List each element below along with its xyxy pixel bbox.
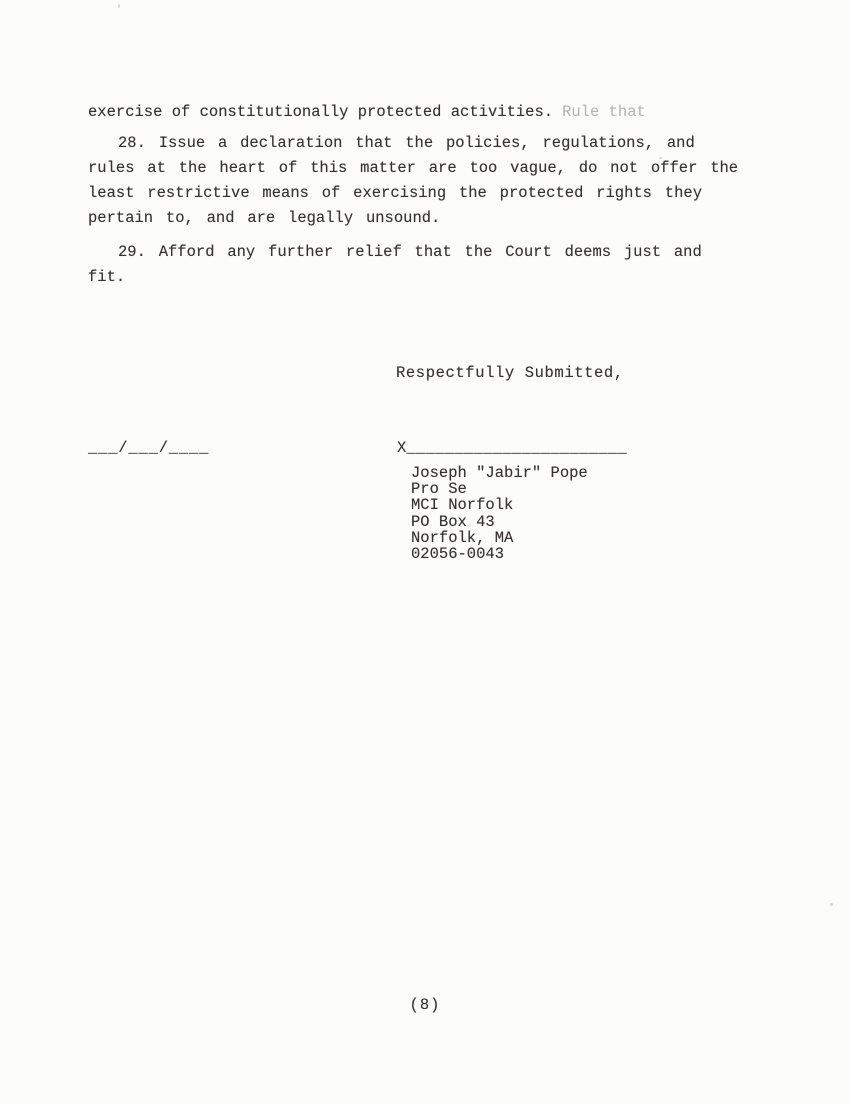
paragraph-29-line-2: fit. xyxy=(88,265,768,290)
signer-zip: 02056-0043 xyxy=(411,546,588,562)
document-page: exercise of constitutionally protected a… xyxy=(0,0,850,1104)
paragraph-28-line-2: rules at the heart of this matter are to… xyxy=(88,156,768,181)
signer-institution: MCI Norfolk xyxy=(411,497,588,513)
paragraph-28-line-1: 28. Issue a declaration that the policie… xyxy=(88,131,768,156)
body-text: exercise of constitutionally protected a… xyxy=(88,100,768,290)
scan-speck xyxy=(118,4,120,8)
signer-address-block: Joseph "Jabir" Pope Pro Se MCI Norfolk P… xyxy=(411,465,588,562)
date-blank-line: ___/___/____ xyxy=(88,436,209,461)
faded-erased-text: Rule that xyxy=(562,103,646,121)
signer-name: Joseph "Jabir" Pope xyxy=(411,465,588,481)
signer-role: Pro Se xyxy=(411,481,588,497)
signer-po-box: PO Box 43 xyxy=(411,514,588,530)
page-number: (8) xyxy=(0,993,850,1018)
signer-city-state: Norfolk, MA xyxy=(411,530,588,546)
paragraph-29: 29. Afford any further relief that the C… xyxy=(88,240,768,290)
signature-x-mark: X xyxy=(397,439,406,457)
continuation-line: exercise of constitutionally protected a… xyxy=(88,100,768,125)
paragraph-28-line-3: least restrictive means of exercising th… xyxy=(88,181,768,206)
signature-rule: _______________________ xyxy=(406,439,627,457)
signature-line: X_______________________ xyxy=(397,436,627,461)
paragraph-28-line-4: pertain to, and are legally unsound. xyxy=(88,206,768,231)
continuation-text: exercise of constitutionally protected a… xyxy=(88,103,553,121)
paragraph-28: 28. Issue a declaration that the policie… xyxy=(88,131,768,231)
salutation-text: Respectfully Submitted, xyxy=(396,361,624,386)
paragraph-29-line-1: 29. Afford any further relief that the C… xyxy=(88,240,768,265)
scan-speck xyxy=(830,903,833,906)
